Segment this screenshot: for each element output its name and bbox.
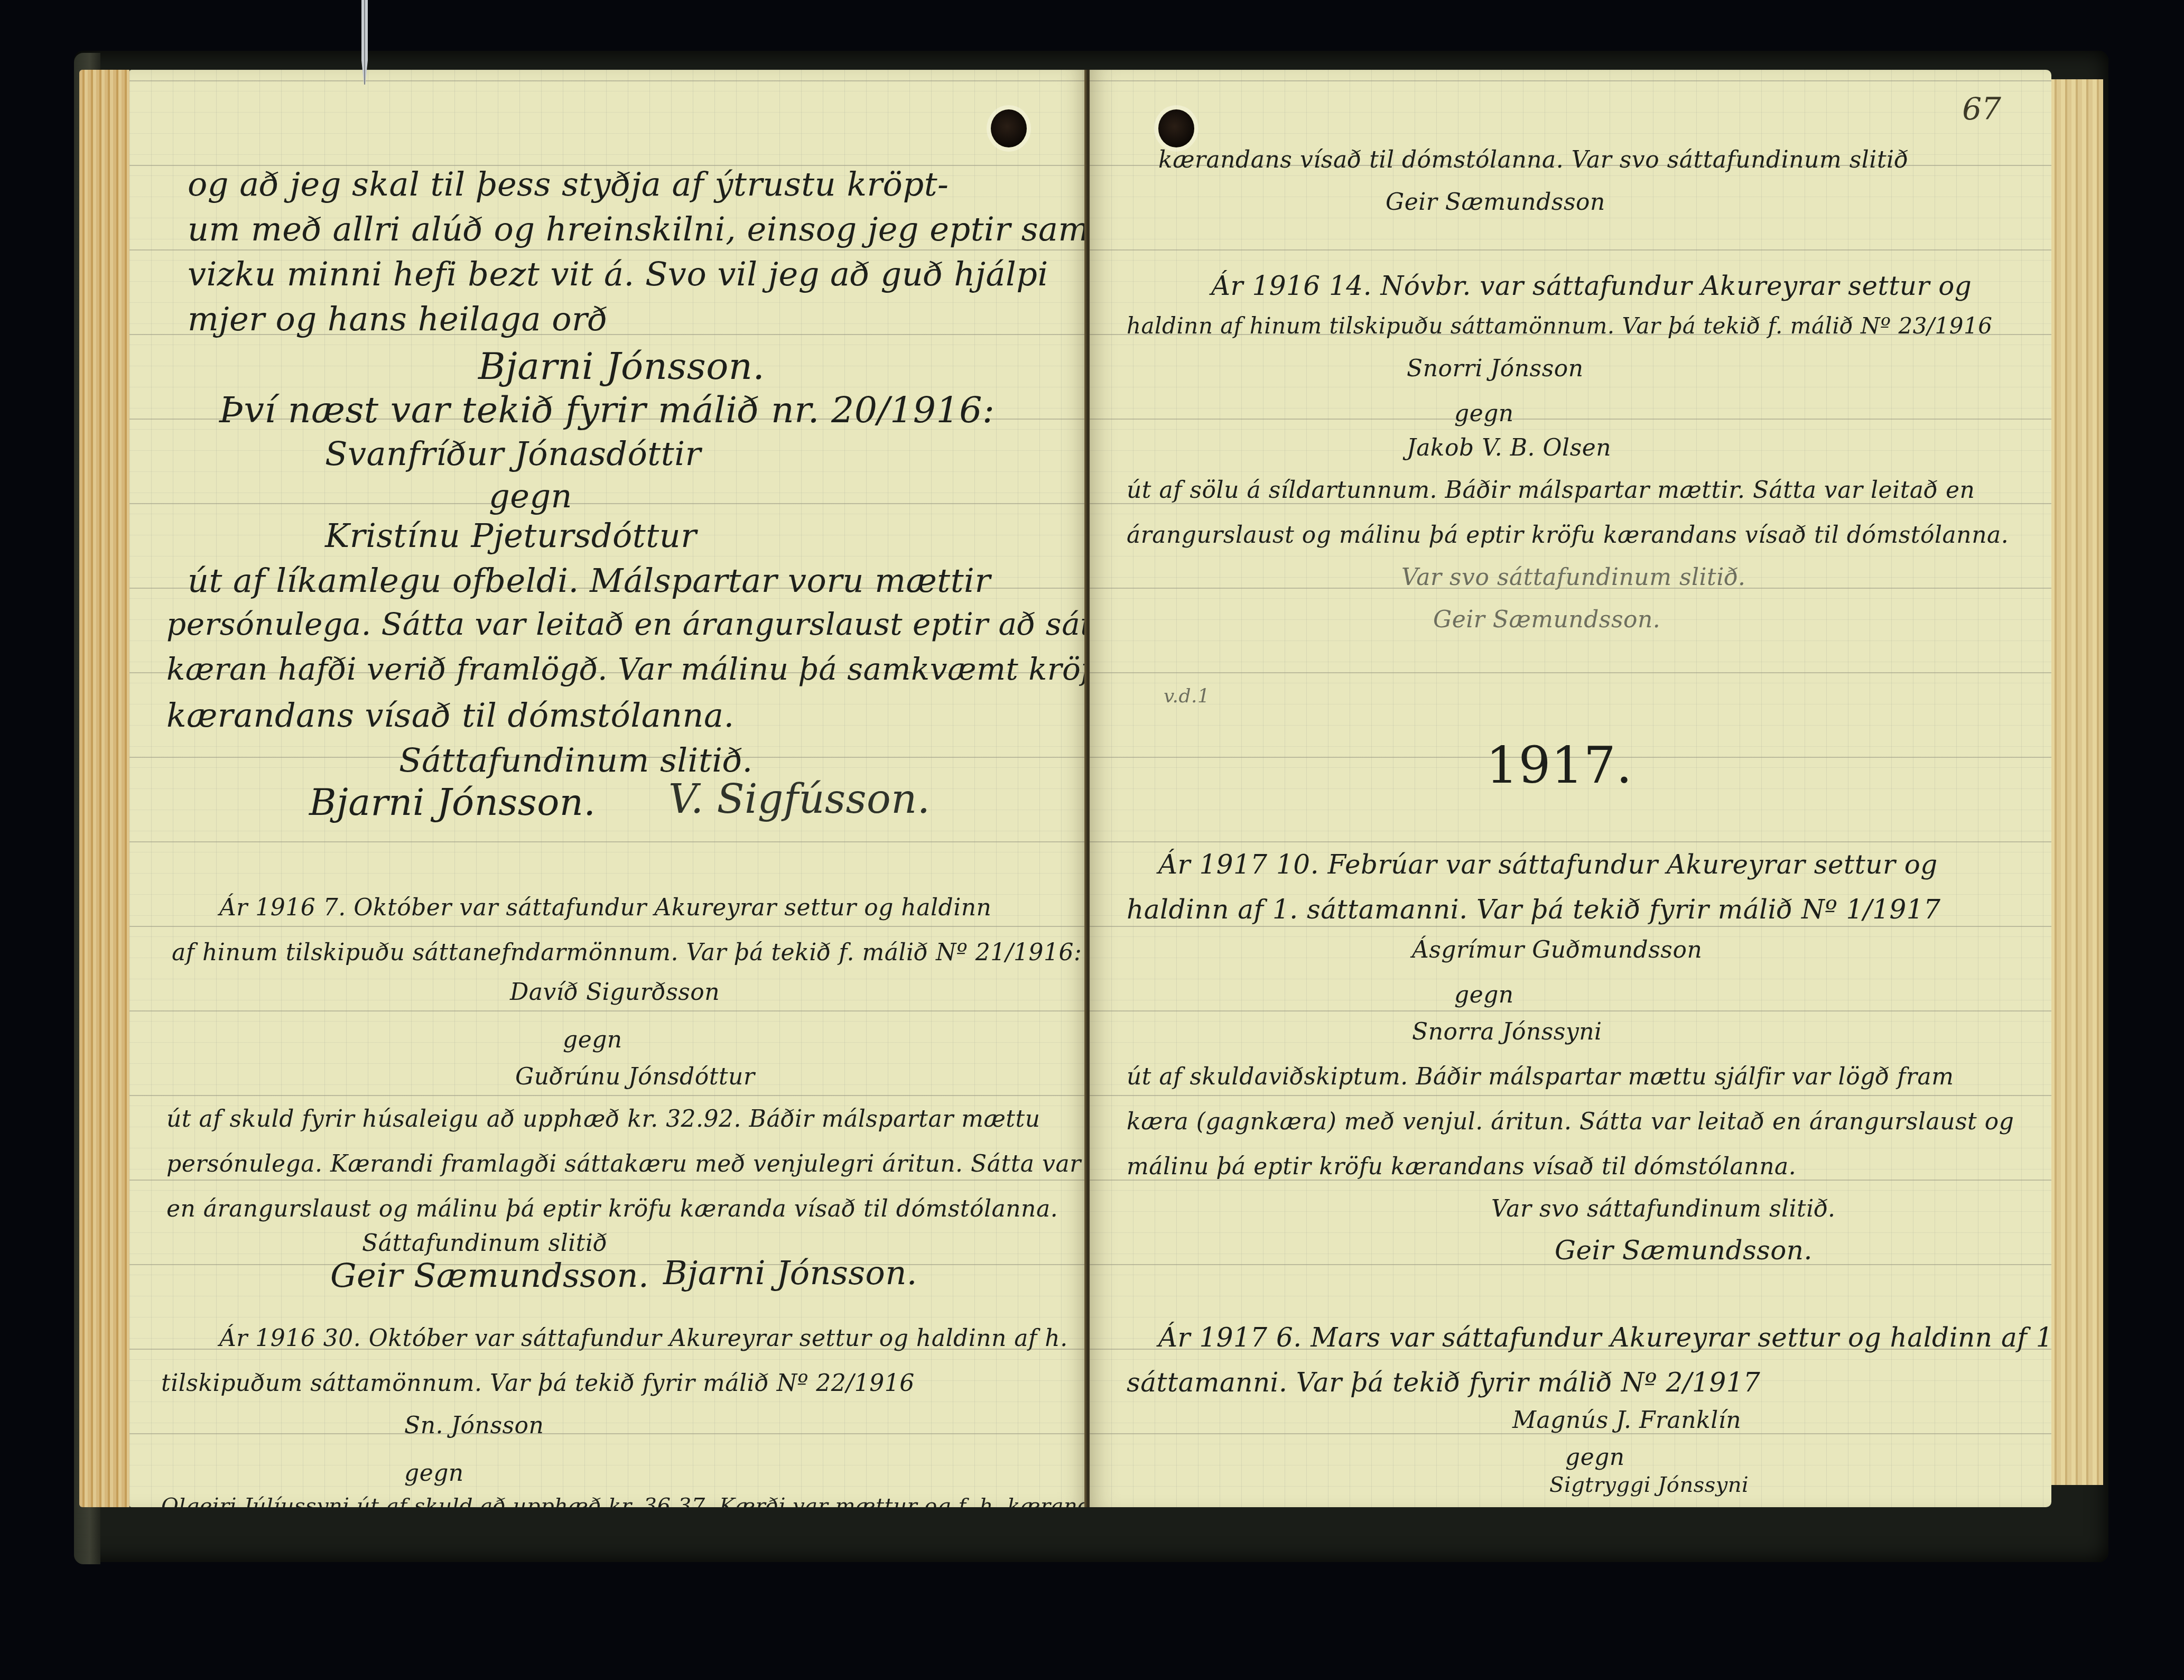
margin-note: v.d.1 — [1164, 685, 1210, 707]
page-edges-right — [2050, 79, 2103, 1485]
oath-line: mjer og hans heilaga orð — [188, 300, 608, 338]
plaintiff-name: Svanfríður Jónasdóttir — [325, 434, 701, 473]
case-body-line: árangurslaust og málinu þá eptir kröfu k… — [1127, 522, 2009, 549]
case-intro-line: Ár 1917 10. Febrúar var sáttafundur Akur… — [1158, 849, 1938, 880]
case-intro-line: Ár 1916 30. Október var sáttafundur Akur… — [219, 1325, 1068, 1352]
signature: V. Sigfússon. — [668, 775, 930, 822]
page-number: 67 — [1962, 91, 2001, 127]
case-intro-line: Ár 1917 6. Mars var sáttafundur Akureyra… — [1158, 1322, 2051, 1353]
meeting-closed: Var svo sáttafundinum slitið. — [1401, 564, 1746, 591]
signature: Geir Sæmundsson. — [1555, 1235, 1813, 1266]
defendant-name: Jakob V. B. Olsen — [1407, 434, 1611, 461]
year-heading: 1917. — [1486, 736, 1632, 795]
case-intro-line: af hinum tilskipuðu sáttanefndarmönnum. … — [172, 939, 1082, 966]
case-intro-line: haldinn af 1. sáttamanni. Var þá tekið f… — [1127, 894, 1940, 925]
signature: Bjarni Jónsson. — [309, 781, 596, 824]
case-intro-line: Ár 1916 7. Október var sáttafundur Akure… — [219, 894, 991, 921]
right-page: 67 kærandans vísað til dómstólanna. Var … — [1090, 70, 2051, 1507]
case-body-line: kæran hafði verið framlögð. Var málinu þ… — [166, 651, 1089, 687]
case-body-line: út af líkamlegu ofbeldi. Málspartar voru… — [188, 561, 991, 600]
case-body-line: en árangurslaust og málinu þá eptir kröf… — [166, 1195, 1058, 1222]
punch-hole-icon — [1158, 109, 1194, 147]
case-intro-line: sáttamanni. Var þá tekið fyrir málið Nº … — [1127, 1367, 1760, 1398]
meeting-closed: Var svo sáttafundinum slitið. — [1491, 1195, 1836, 1222]
case-body-line: kærandans vísað til dómstólanna. — [166, 696, 735, 735]
case-intro-line: tilskipuðum sáttamönnum. Var þá tekið fy… — [161, 1370, 915, 1397]
case-heading: Því næst var tekið fyrir málið nr. 20/19… — [219, 389, 995, 431]
versus-label: gegn — [1454, 400, 1514, 427]
versus-label: gegn — [489, 477, 572, 515]
plaintiff-name: Sn. Jónsson — [404, 1412, 544, 1439]
continuation-line: kærandans vísað til dómstólanna. Var svo… — [1158, 146, 1909, 173]
page-edges-left — [79, 70, 129, 1507]
case-body-line: út af skuldaviðskiptum. Báðir málspartar… — [1127, 1063, 1954, 1090]
signature: Geir Sæmundsson. — [330, 1256, 649, 1295]
case-body-line: málinu þá eptir kröfu kærandans vísað ti… — [1127, 1153, 1796, 1180]
case-body-line: út af sölu á síldartunnum. Báðir málspar… — [1127, 477, 1975, 504]
left-page: og að jeg skal til þess styðja af ýtrust… — [129, 70, 1089, 1507]
meeting-closed: Sáttafundinum slitið. — [399, 741, 753, 779]
case-body-line: kæra (gagnkæra) með venjul. áritun. Sátt… — [1127, 1108, 2014, 1135]
plaintiff-name: Ásgrímur Guðmundsson — [1412, 936, 1702, 963]
oath-line: og að jeg skal til þess styðja af ýtrust… — [188, 165, 949, 203]
defendant-name: Snorra Jónssyni — [1412, 1018, 1602, 1045]
plaintiff-name: Snorri Jónsson — [1407, 355, 1584, 382]
case-intro-line: haldinn af hinum tilskipuðu sáttamönnum.… — [1127, 313, 1992, 339]
defendant-name: Kristínu Pjetursdóttur — [325, 516, 696, 555]
defendant-name: Guðrúnu Jónsdóttur — [515, 1063, 755, 1090]
signature: Geir Sæmundsson. — [1433, 606, 1660, 633]
case-body-line: persónulega. Sátta var leitað en árangur… — [166, 606, 1089, 642]
case-body-line: út af skuld fyrir húsaleigu að upphæð kr… — [166, 1106, 1040, 1133]
case-body-line: persónulega. Kærandi framlagði sáttakæru… — [166, 1150, 1089, 1177]
case-intro-line: Ár 1916 14. Nóvbr. var sáttafundur Akure… — [1211, 271, 1972, 301]
versus-label: gegn — [404, 1460, 464, 1487]
oath-line: vizku minni hefi bezt vit á. Svo vil jeg… — [188, 255, 1048, 293]
plaintiff-name: Davíð Sigurðsson — [510, 979, 720, 1006]
meeting-closed: Sáttafundinum slitið — [362, 1230, 608, 1257]
oath-signature: Bjarni Jónsson. — [478, 345, 765, 388]
punch-hole-icon — [991, 109, 1027, 147]
oath-line: um með allri alúð og hreinskilni, einsog… — [188, 210, 1089, 248]
versus-label: gegn — [1454, 981, 1514, 1008]
case-body-line: Olgeiri Júlíussyni út af skuld að upphæð… — [161, 1494, 1089, 1507]
versus-label: gegn — [563, 1026, 622, 1053]
plaintiff-name: Magnús J. Franklín — [1512, 1407, 1741, 1434]
signature: Bjarni Jónsson. — [663, 1254, 917, 1292]
signature: Geir Sæmundsson — [1386, 189, 1605, 216]
defendant-name: Sigtryggi Jónssyni — [1549, 1473, 1749, 1497]
versus-label: gegn — [1565, 1444, 1625, 1471]
